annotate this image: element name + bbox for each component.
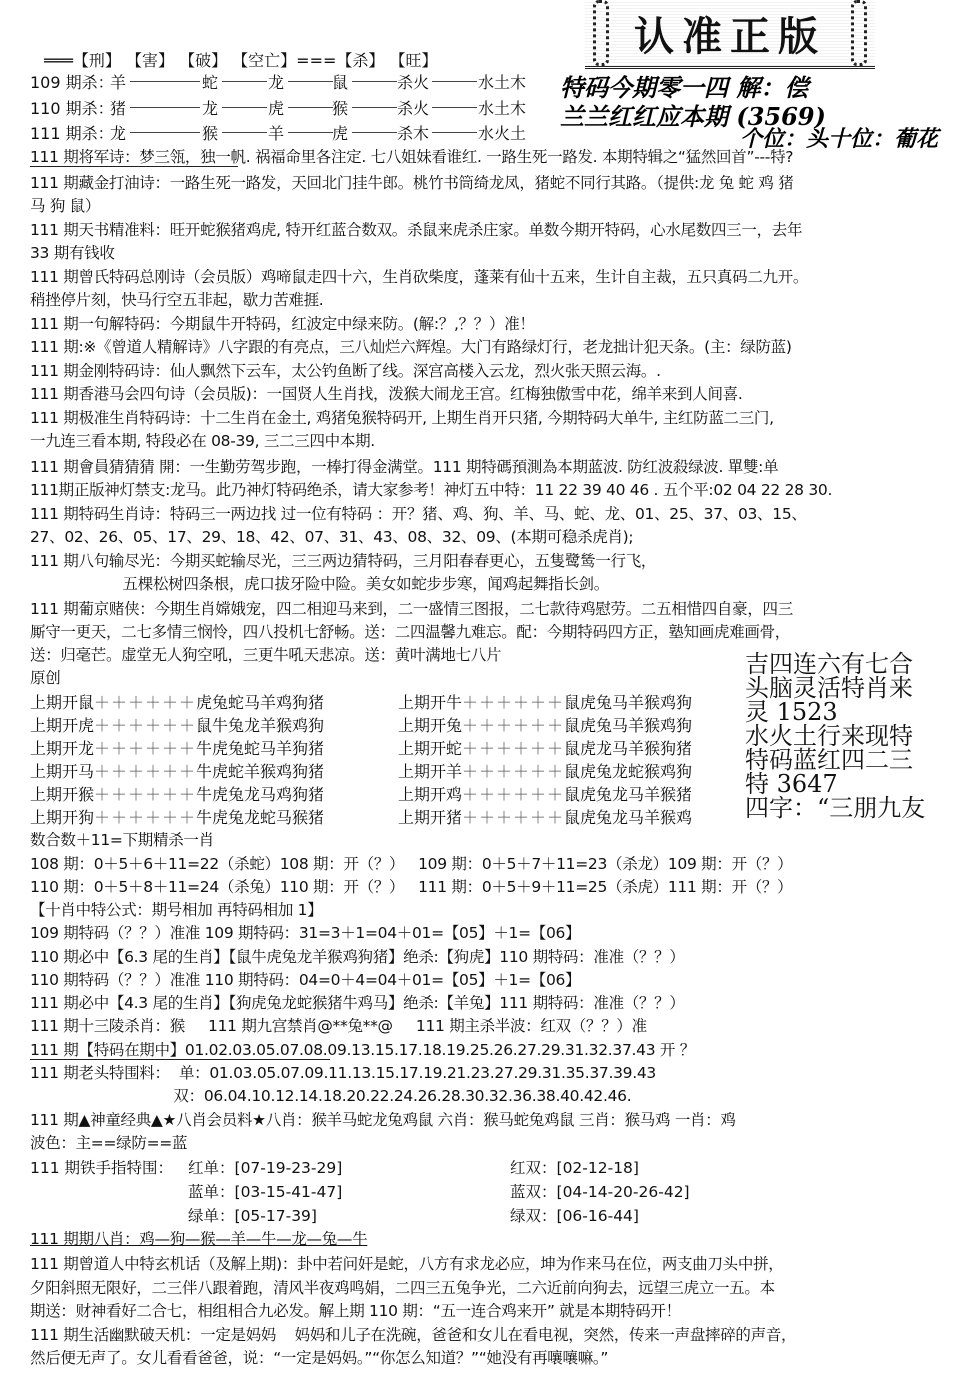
side-line: 灵 1523 bbox=[745, 700, 925, 724]
kill-item: 杀火 bbox=[397, 96, 429, 119]
zodiac-row: 上期开猴＋＋＋＋＋＋牛虎兔龙马鸡狗猪 上期开鸡＋＋＋＋＋＋鼠虎兔龙马羊猴猪 bbox=[30, 782, 324, 805]
kill-item: 虎 bbox=[332, 121, 348, 144]
line-wave-color: 波色：主==绿防==蓝 bbox=[30, 1132, 187, 1154]
label: 绿双： bbox=[510, 1207, 557, 1225]
divider bbox=[352, 132, 397, 133]
side-line: 特码蓝红四二三 bbox=[745, 748, 925, 772]
side-line: 水火土行来现特 bbox=[745, 724, 925, 748]
line-heaven-book-cont: 33 期有钱收 bbox=[30, 242, 115, 264]
kill-item: 羊 bbox=[110, 70, 126, 93]
grid-label: 上期开龙 bbox=[30, 739, 94, 758]
plus-signs: ＋＋＋＋＋＋ bbox=[94, 808, 196, 827]
kill-item: 龙 bbox=[268, 70, 284, 93]
line-text: 111 期将军诗：梦三瓴，独一帆. 祸福命里各注定. 七八姐妹看谁红. 一路生死… bbox=[30, 148, 793, 166]
grid-label: 上期开兔 bbox=[398, 716, 462, 735]
zodiac-row: 上期开龙＋＋＋＋＋＋牛虎兔蛇马羊狗猪 上期开蛇＋＋＋＋＋＋鼠虎龙马羊猴狗猪 bbox=[30, 736, 324, 759]
plus-signs: ＋＋＋＋＋＋ bbox=[94, 693, 196, 712]
divider bbox=[222, 107, 267, 108]
kill-item: 杀火 bbox=[397, 70, 429, 93]
zodiac-row: 上期开鼠＋＋＋＋＋＋虎兔蛇马羊鸡狗猪 上期开牛＋＋＋＋＋＋鼠虎兔马羊猴鸡狗 bbox=[30, 690, 324, 713]
line-109-code: 109 期特码（？？）准准 109 期特码：31=3＋1=04＋01=【05】＋… bbox=[30, 922, 580, 944]
line-eight-lose: 111 期八句输尽光：今期买蛇输尽光，三三两边猜特码，三月阳春春更心，五隻鹭鸶一… bbox=[30, 550, 656, 572]
line-110-sure: 110 期必中【6.3 尾的生肖】【鼠牛虎兔龙羊猴鸡狗猪】绝杀:【狗虎】110 … bbox=[30, 946, 685, 968]
value: [02-12-18] bbox=[557, 1159, 639, 1177]
divider bbox=[352, 81, 397, 82]
plus-signs: ＋＋＋＋＋＋ bbox=[462, 762, 564, 781]
line-member-guess: 111 期會員猜猜猜 開：一生勤劳驾步跑，一棒打得金满堂。111 期特碼預測為本… bbox=[30, 456, 778, 478]
grid-value: 鼠虎兔马羊猴鸡狗 bbox=[564, 693, 692, 712]
line-code-in-period: 111 期【特码在期中】01.02.03.05.07.08.09.13.15.1… bbox=[30, 1039, 695, 1061]
grid-label: 上期开猴 bbox=[30, 785, 94, 804]
line-111-kills: 111 期十三陵杀肖：猴 111 期九宫禁肖@**兔**@ 111 期主杀半波：… bbox=[30, 1015, 647, 1037]
kill-item: 猪 bbox=[110, 96, 126, 119]
line-oil-poem: 111 期藏金打油诗：一路生死一路发，天回北门挂牛郎。桃竹书筒绮龙凤，猪蛇不同行… bbox=[30, 172, 793, 194]
iron-red-double: 红双：[02-12-18] bbox=[510, 1156, 639, 1178]
kill-period: 110 期杀： bbox=[30, 96, 114, 119]
plus-signs: ＋＋＋＋＋＋ bbox=[94, 762, 196, 781]
divider bbox=[432, 132, 477, 133]
grid-label: 上期开牛 bbox=[398, 693, 462, 712]
kill-item: 水火土 bbox=[478, 121, 526, 144]
line-general-poem: 111 期将军诗：梦三瓴，独一帆. 祸福命里各注定. 七八姐妹看谁红. 一路生死… bbox=[30, 146, 793, 168]
line-111-sure: 111 期必中【4.3 尾的生肖】【狗虎兔龙蛇猴猪牛鸡马】绝杀:【羊兔】111 … bbox=[30, 992, 685, 1014]
kill-period: 109 期杀： bbox=[30, 70, 114, 93]
grid-label: 上期开鼠 bbox=[30, 693, 94, 712]
plus-signs: ＋＋＋＋＋＋ bbox=[94, 716, 196, 735]
value: [03-15-41-47] bbox=[235, 1183, 343, 1201]
label: 蓝双： bbox=[510, 1183, 557, 1201]
line-jingang-poem: 111 期金刚特码诗：仙人飘然下云车，太公钓鱼断了线。深宫高楼入云龙，烈火张天照… bbox=[30, 360, 661, 382]
line-oldman-single: 111 期老头特围料： 单：01.03.05.07.09.11.13.15.17… bbox=[30, 1062, 656, 1084]
line-zeng-mystery: 111 期曾道人中特玄机话（及解上期)：卦中若问奸是蛇，八方有求龙必应，坤为作来… bbox=[30, 1253, 783, 1275]
line-humor-cont: 然后便无声了。女儿看看爸爸，说：“一定是妈妈。”“你怎么知道？”“她没有再嚷嚷嘛… bbox=[30, 1347, 608, 1369]
label: 红单： bbox=[188, 1159, 235, 1177]
divider bbox=[130, 81, 200, 82]
grid-label: 上期开狗 bbox=[30, 808, 94, 827]
divider bbox=[130, 107, 200, 108]
kill-item: 蛇 bbox=[202, 70, 218, 93]
line-prodigy-classic: 111 期▲神童经典▲★八肖会员料★八肖：猴羊马蛇龙兔鸡鼠 六肖：猴马蛇兔鸡鼠 … bbox=[30, 1109, 736, 1131]
label: 绿单： bbox=[188, 1207, 235, 1225]
value: [06-16-44] bbox=[557, 1207, 639, 1225]
side-line: 吉四连六有七合 bbox=[745, 652, 925, 676]
line-zeng-mystery-end: 期送：财神看好二合七，相组相合九必发。解上期 110 期：“五一连合鸡来开” 就… bbox=[30, 1300, 681, 1322]
plus-signs: ＋＋＋＋＋＋ bbox=[94, 785, 196, 804]
divider bbox=[432, 81, 477, 82]
line-heaven-book: 111 期天书精准料：旺开蛇猴猪鸡虎, 特开红蓝合数双。杀鼠来虎杀庄家。单数今期… bbox=[30, 219, 802, 241]
kill-table-header: ═══【刑】 【害】 【破】 【空亡】===【杀】 【旺】 bbox=[44, 48, 437, 71]
plus-signs: ＋＋＋＋＋＋ bbox=[94, 739, 196, 758]
grid-value: 牛虎蛇羊猴鸡狗猪 bbox=[196, 762, 324, 781]
line-calc-110-111: 110 期：0＋5＋8＋11=24（杀兔）110 期：开（？） 111 期：0＋… bbox=[30, 876, 792, 898]
line-hk-jockey: 111 期香港马会四句诗（会员版)：一国贤人生肖找，泼猴大闹龙王宫。红梅独傲雪中… bbox=[30, 383, 743, 405]
grid-value: 牛虎兔蛇马羊狗猪 bbox=[196, 739, 324, 758]
side-riddle-box: 吉四连六有七合 头脑灵活特肖来 灵 1523 水火土行来现特 特码蓝红四二三 特… bbox=[745, 652, 925, 820]
line-zeng-daoren: 111 期:※《曾道人精解诗》八字跟的有亮点，三八灿烂六辉煌。大门有路绿灯行，老… bbox=[30, 336, 792, 358]
authentic-logo: 认准正版 bbox=[585, 0, 875, 69]
grid-label: 上期开虎 bbox=[30, 716, 94, 735]
kill-item: 杀木 bbox=[397, 121, 429, 144]
iron-red-single: 红单：[07-19-23-29] bbox=[188, 1156, 342, 1178]
grid-value: 鼠虎兔马羊猴鸡狗 bbox=[564, 716, 692, 735]
zodiac-row: 上期开虎＋＋＋＋＋＋鼠牛兔龙羊猴鸡狗 上期开兔＋＋＋＋＋＋鼠虎兔马羊猴鸡狗 bbox=[30, 713, 324, 736]
grid-label: 上期开猪 bbox=[398, 808, 462, 827]
iron-finger-title: 111 期铁手指特围： bbox=[30, 1156, 173, 1178]
grid-label: 上期开鸡 bbox=[398, 785, 462, 804]
divider bbox=[222, 81, 267, 82]
line-zodiac-poem: 111 期特码生肖诗：特码三一两边找 过一位有特码 ：开？猪、鸡、狗、羊、马、蛇… bbox=[30, 503, 807, 525]
line-eight-lose-cont: 五棵松树四条根，虎口拔牙险中险。美女如蛇步步寒，闻鸡起舞指长剑。 bbox=[30, 573, 609, 595]
grid-value: 牛虎兔龙马鸡狗猪 bbox=[196, 785, 324, 804]
line-oldman-double: 双：06.04.10.12.14.18.20.22.24.26.28.30.32… bbox=[30, 1085, 631, 1107]
line-zeng-poem: 111 期曾氏特码总刚诗（会员版）鸡啼鼠走四十六，生肖砍柴度，蓬莱有仙十五来，生… bbox=[30, 266, 808, 288]
kill-item: 水土木 bbox=[478, 70, 526, 93]
kill-item: 猴 bbox=[332, 96, 348, 119]
divider bbox=[352, 107, 397, 108]
divider bbox=[288, 132, 333, 133]
line-110-code: 110 期特码（？？）准准 110 期特码：04=0＋4=04＋01=【05】＋… bbox=[30, 969, 580, 991]
line-accurate-zodiac-cont: 一九连三看本期, 特段必在 08-39, 三二三四中本期. bbox=[30, 430, 375, 452]
kill-item: 水土木 bbox=[478, 96, 526, 119]
grid-value: 牛虎兔龙蛇马猴猪 bbox=[196, 808, 324, 827]
iron-blue-single: 蓝单：[03-15-41-47] bbox=[188, 1180, 342, 1202]
grid-value: 鼠虎龙马羊猴狗猪 bbox=[564, 739, 692, 758]
value: [07-19-23-29] bbox=[235, 1159, 343, 1177]
line-eight-zodiac: 111 期期八肖：鸡—狗—猴—羊—牛—龙—兔—牛 bbox=[30, 1228, 367, 1250]
line-magic-lamp: 111期正版神灯禁支:龙马。此乃神灯特码绝杀，请大家参考！神灯五中特：11 22… bbox=[30, 479, 832, 501]
grid-label: 上期开羊 bbox=[398, 762, 462, 781]
kill-item: 羊 bbox=[268, 121, 284, 144]
grid-value: 虎兔蛇马羊鸡狗猪 bbox=[196, 693, 324, 712]
grid-label: 上期开蛇 bbox=[398, 739, 462, 758]
label-original: 原创 bbox=[30, 667, 60, 689]
line-macau-gambler-end: 送：归毫芒。虚堂无人狗空吼，三更牛吼天悲凉。送：黄叶满地七八片 bbox=[30, 644, 501, 666]
value: [05-17-39] bbox=[235, 1207, 317, 1225]
line-ten-zodiac-formula: 【十肖中特公式：期号相加 再特码相加 1】 bbox=[30, 899, 322, 921]
grid-value: 鼠牛兔龙羊猴鸡狗 bbox=[196, 716, 324, 735]
line-calc-108-109: 108 期：0＋5＋6＋11=22（杀蛇）108 期：开（？） 109 期：0＋… bbox=[30, 853, 792, 875]
line-accurate-zodiac: 111 期极准生肖特码诗：十二生肖在金土, 鸡猪兔猴特码开, 上期生肖开只猪, … bbox=[30, 407, 774, 429]
divider bbox=[130, 132, 200, 133]
line-zeng-poem-cont: 稍挫停片刻，快马行空五非起，歇力苦难捱. bbox=[30, 289, 323, 311]
iron-green-double: 绿双：[06-16-44] bbox=[510, 1204, 639, 1226]
grid-value: 鼠虎兔龙马羊猴猪 bbox=[564, 785, 692, 804]
line-zeng-mystery-cont: 夕阳斜照无限好，二三伴八跟着跑，清风半夜鸡鸣娟，二四三五兔争光，二六近前向狗去，… bbox=[30, 1277, 775, 1299]
zodiac-row: 上期开狗＋＋＋＋＋＋牛虎兔龙蛇马猴猪 上期开猪＋＋＋＋＋＋鼠虎兔龙马羊猴鸡 bbox=[30, 805, 324, 828]
plus-signs: ＋＋＋＋＋＋ bbox=[462, 693, 564, 712]
grid-value: 鼠虎兔龙马羊猴鸡 bbox=[564, 808, 692, 827]
kill-item: 龙 bbox=[202, 96, 218, 119]
plus-signs: ＋＋＋＋＋＋ bbox=[462, 739, 564, 758]
line-macau-gambler: 111 期葡京赌侠：今期生肖嫦娥宠，四二相迎马来到，二一盛情三图报，二七款待鸡慰… bbox=[30, 598, 793, 620]
line-sum-formula: 数合数＋11=下期精杀一肖 bbox=[30, 829, 214, 851]
side-line: 头脑灵活特肖来 bbox=[745, 676, 925, 700]
divider bbox=[432, 107, 477, 108]
divider bbox=[222, 132, 267, 133]
kill-item: 龙 bbox=[110, 121, 126, 144]
iron-green-single: 绿单：[05-17-39] bbox=[188, 1204, 317, 1226]
plus-signs: ＋＋＋＋＋＋ bbox=[462, 716, 564, 735]
divider bbox=[288, 107, 333, 108]
line-humor: 111 期生活幽默破天机：一定是妈妈 妈妈和儿子在洗碗，爸爸和女儿在看电视，突然… bbox=[30, 1324, 796, 1346]
line-oil-poem-cont: 马 狗 鼠） bbox=[30, 195, 100, 217]
plus-signs: ＋＋＋＋＋＋ bbox=[462, 785, 564, 804]
label: 蓝单： bbox=[188, 1183, 235, 1201]
logo-text: 认准正版 bbox=[634, 5, 826, 62]
value: [04-14-20-26-42] bbox=[557, 1183, 690, 1201]
plus-signs: ＋＋＋＋＋＋ bbox=[462, 808, 564, 827]
zodiac-row: 上期开马＋＋＋＋＋＋牛虎蛇羊猴鸡狗猪 上期开羊＋＋＋＋＋＋鼠虎兔龙蛇猴鸡狗 bbox=[30, 759, 324, 782]
line-zodiac-poem-cont: 27、02、26、05、17、29、18、42、07、31、43、08、32、0… bbox=[30, 526, 633, 548]
line-one-sentence: 111 期一句解特码：今期鼠牛开特码，红波定中绿来防。(解:？,？？）准！ bbox=[30, 313, 535, 335]
kill-item: 虎 bbox=[268, 96, 284, 119]
line-macau-gambler-cont: 厮守一更天，二七多情三悯怜，四八投机七舒畅。送：二四温馨九难忘。配：今期特码四方… bbox=[30, 621, 790, 643]
side-line: 特 3647 bbox=[745, 772, 925, 796]
grid-value: 鼠虎兔龙蛇猴鸡狗 bbox=[564, 762, 692, 781]
kill-period: 111 期杀： bbox=[30, 121, 114, 144]
kill-item: 猴 bbox=[202, 121, 218, 144]
label: 红双： bbox=[510, 1159, 557, 1177]
side-line: 四字：“三朋九友 bbox=[745, 796, 925, 820]
divider bbox=[288, 81, 333, 82]
grid-label: 上期开马 bbox=[30, 762, 94, 781]
iron-blue-double: 蓝双：[04-14-20-26-42] bbox=[510, 1180, 690, 1202]
kill-item: 鼠 bbox=[332, 70, 348, 93]
